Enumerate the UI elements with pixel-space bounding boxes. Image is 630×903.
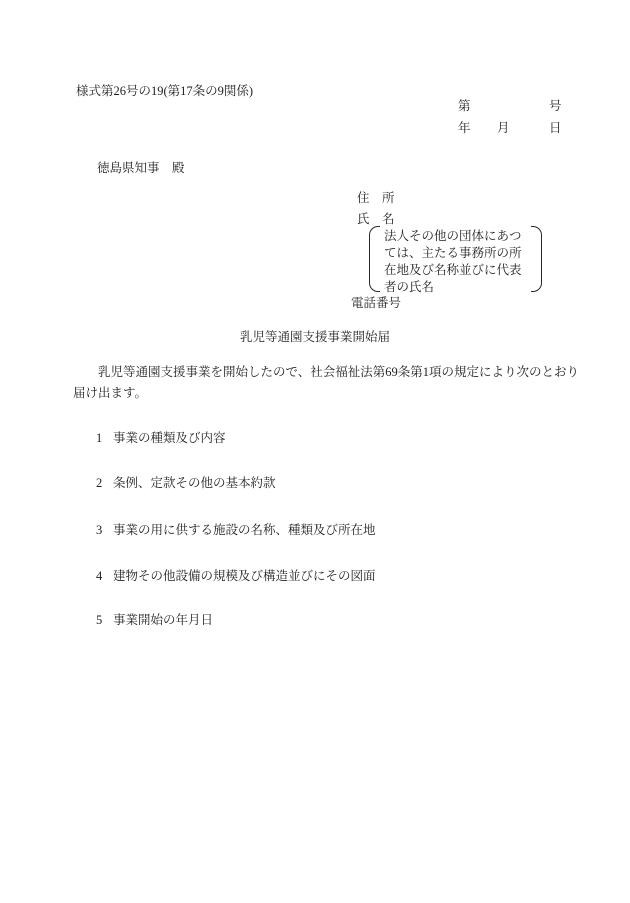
- address-label: 住 所: [357, 190, 395, 206]
- body-paragraph-line: 乳児等通園支援事業を開始したので、社会福祉法第69条第1項の規定により次のとおり: [73, 364, 579, 380]
- doc-number-suffix: 号: [549, 98, 562, 114]
- corporate-note-line: 者の氏名: [384, 279, 522, 296]
- item-text: 事業開始の年月日: [113, 613, 213, 627]
- doc-number-prefix: 第: [458, 98, 471, 114]
- list-item: 4建物その他設備の規模及び構造並びにその図面: [96, 568, 376, 584]
- item-text: 事業の種類及び内容: [113, 431, 226, 445]
- date-day-label: 日: [549, 120, 562, 136]
- list-item: 1事業の種類及び内容: [96, 430, 226, 446]
- list-item: 3事業の用に供する施設の名称、種類及び所在地: [96, 522, 376, 538]
- body-paragraph-line: 届け出ます。: [73, 385, 147, 401]
- list-item: 5事業開始の年月日: [96, 612, 213, 628]
- date-year-label: 年: [458, 120, 471, 136]
- document-title: 乳児等通園支援事業開始届: [0, 329, 630, 345]
- date-month-label: 月: [497, 120, 510, 136]
- item-text: 事業の用に供する施設の名称、種類及び所在地: [113, 523, 376, 537]
- list-item: 2条例、定款その他の基本約款: [96, 475, 276, 491]
- document-page: 様式第26号の19(第17条の9関係) 第 号 年 月 日 徳島県知事 殿 住 …: [0, 0, 630, 903]
- phone-label: 電話番号: [351, 295, 401, 311]
- item-number: 3: [96, 522, 113, 538]
- item-number: 2: [96, 475, 113, 491]
- item-text: 条例、定款その他の基本約款: [113, 476, 276, 490]
- name-label: 氏 名: [357, 211, 395, 227]
- corporate-note: 法人その他の団体にあつ ては、主たる事務所の所 在地及び名称並びに代表 者の氏名: [384, 228, 522, 296]
- right-parenthesis-bracket: [531, 226, 542, 292]
- left-parenthesis-bracket: [369, 226, 380, 292]
- form-number: 様式第26号の19(第17条の9関係): [76, 83, 253, 99]
- item-number: 4: [96, 568, 113, 584]
- corporate-note-line: 法人その他の団体にあつ: [384, 228, 522, 245]
- item-number: 1: [96, 430, 113, 446]
- item-number: 5: [96, 612, 113, 628]
- addressee: 徳島県知事 殿: [97, 160, 185, 176]
- item-text: 建物その他設備の規模及び構造並びにその図面: [113, 569, 376, 583]
- corporate-note-line: ては、主たる事務所の所: [384, 245, 522, 262]
- corporate-note-line: 在地及び名称並びに代表: [384, 262, 522, 279]
